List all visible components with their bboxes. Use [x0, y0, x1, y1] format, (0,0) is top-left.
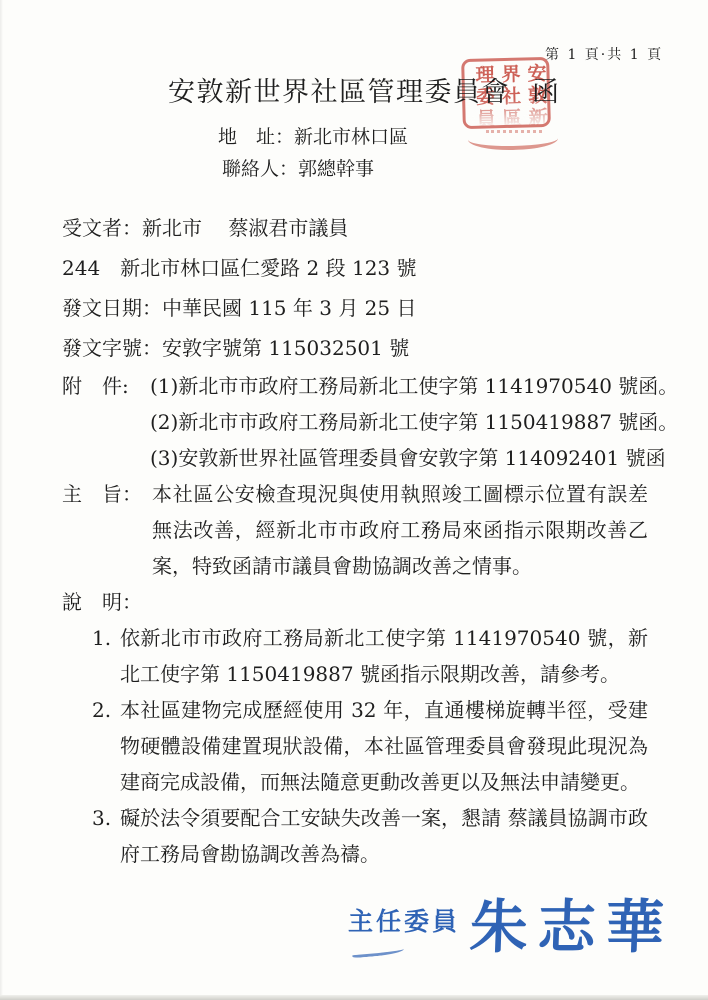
- item-text: 依新北市市政府工務局新北工使字第 1141970540 號，新北工使字第 115…: [120, 620, 648, 692]
- description-list: 1. 依新北市市政府工務局新北工使字第 1141970540 號，新北工使字第 …: [62, 620, 648, 872]
- subject-field: 主 旨： 本社區公安檢查現況與使用執照竣工圖標示位置有誤差無法改善，經新北市市政…: [62, 476, 648, 584]
- org-address-line: 地 址：新北市林口區: [218, 122, 408, 149]
- org-contact-line: 聯絡人：郭總幹事: [222, 154, 374, 181]
- page-number-header: 第 1 頁·共 1 頁: [545, 44, 663, 64]
- org-name: 安敦新世界社區管理委員會: [168, 70, 510, 109]
- issue-date-line: 發文日期：中華民國 115 年 3 月 25 日: [62, 288, 648, 328]
- scanned-letter-page: 第 1 頁·共 1 頁 安敦新世界社區管理委員會 安敦新世界社區管理委員會 函 …: [0, 0, 708, 1000]
- attachment-item: (3)安敦新世界社區管理委員會安敦字第 114092401 號函: [150, 440, 678, 476]
- subject-label: 主 旨：: [62, 476, 152, 584]
- document-title: 安敦新世界社區管理委員會 函: [168, 70, 561, 109]
- scan-edge-artifact-bottom: [0, 995, 708, 1000]
- chairman-name: 朱志華: [469, 880, 676, 964]
- recipient-address-line: 244 新北市林口區仁愛路 2 段 123 號: [62, 248, 648, 288]
- doc-number-line: 發文字號：安敦字號第 115032501 號: [62, 328, 648, 368]
- item-number: 3.: [92, 800, 120, 872]
- item-number: 2.: [92, 692, 120, 800]
- item-number: 1.: [92, 620, 120, 692]
- attachments-field: 附 件: (1)新北市市政府工務局新北工使字第 1141970540 號函。 (…: [62, 368, 648, 476]
- chairman-title: 主任委員: [348, 902, 460, 938]
- subject-text: 本社區公安檢查現況與使用執照竣工圖標示位置有誤差無法改善，經新北市市政府工務局來…: [152, 476, 648, 584]
- attachment-item: (2)新北市市政府工務局新北工使字第 1150419887 號函。: [150, 404, 678, 440]
- scan-edge-artifact-left: [0, 0, 3, 1000]
- description-item: 3. 礙於法令須要配合工安缺失改善一案，懇請 蔡議員協調市政府工務局會勘協調改善…: [92, 800, 648, 872]
- item-text: 本社區建物完成歷經使用 32 年，直通樓梯旋轉半徑，受建物硬體設備建置現狀設備，…: [120, 692, 648, 800]
- attachment-item: (1)新北市市政府工務局新北工使字第 1141970540 號函。: [150, 368, 678, 404]
- recipient-line: 受文者：新北市 蔡淑君市議員: [62, 208, 648, 248]
- description-label: 說 明：: [62, 584, 648, 620]
- item-text: 礙於法令須要配合工安缺失改善一案，懇請 蔡議員協調市政府工務局會勘協調改善為禱。: [120, 800, 648, 872]
- attachments-list: (1)新北市市政府工務局新北工使字第 1141970540 號函。 (2)新北市…: [150, 368, 678, 476]
- doc-type-label: 函: [532, 70, 561, 109]
- description-item: 1. 依新北市市政府工務局新北工使字第 1141970540 號，新北工使字第 …: [92, 620, 648, 692]
- letter-body: 受文者：新北市 蔡淑君市議員 244 新北市林口區仁愛路 2 段 123 號 發…: [62, 208, 648, 872]
- description-item: 2. 本社區建物完成歷經使用 32 年，直通樓梯旋轉半徑，受建物硬體設備建置現狀…: [92, 692, 648, 800]
- seal-partial-arc-marks: [486, 130, 542, 133]
- attachments-label: 附 件:: [62, 368, 150, 476]
